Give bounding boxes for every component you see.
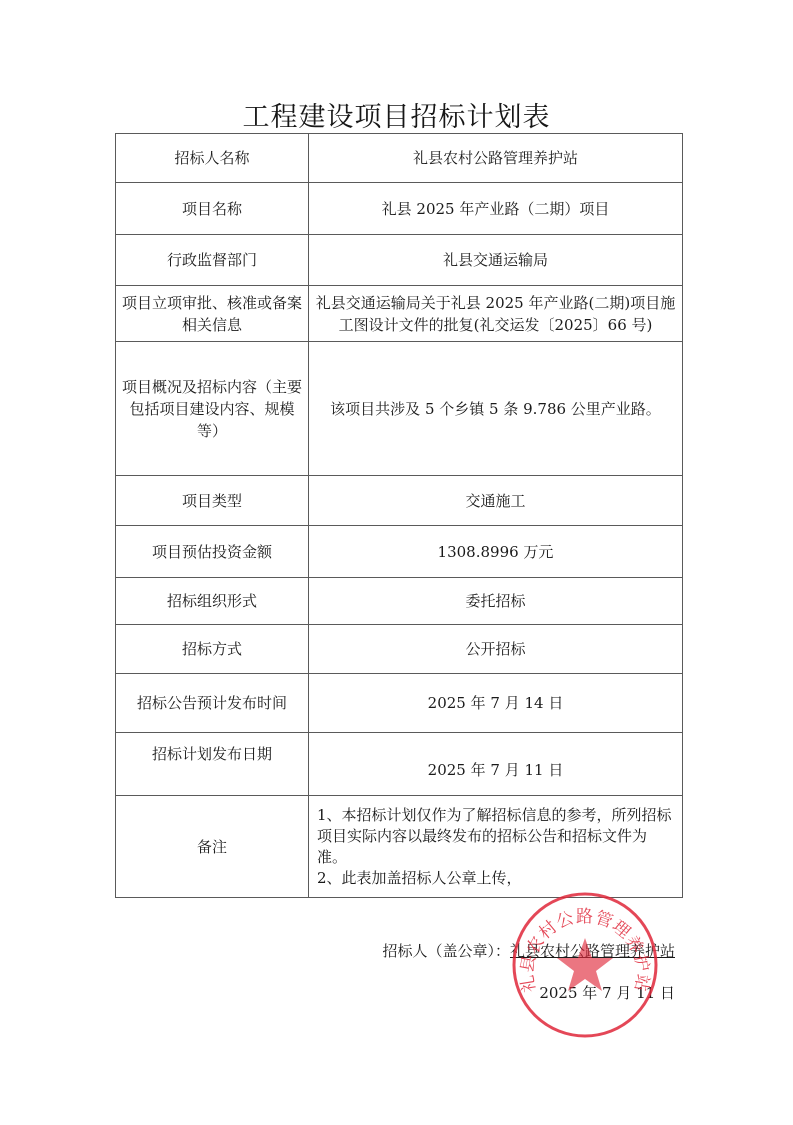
table-row: 招标公告预计发布时间2025 年 7 月 14 日	[116, 674, 683, 733]
signature-label: 招标人（盖公章）：	[382, 942, 510, 960]
row-label: 招标人名称	[116, 134, 309, 183]
tender-plan-table: 招标人名称礼县农村公路管理养护站项目名称礼县 2025 年产业路（二期）项目行政…	[115, 133, 683, 898]
signature-line: 招标人（盖公章）：礼县农村公路管理养护站	[382, 940, 675, 961]
row-label: 项目类型	[116, 476, 309, 526]
row-label: 招标公告预计发布时间	[116, 674, 309, 733]
table-row: 项目类型交通施工	[116, 476, 683, 526]
remarks-content: 1、本招标计划仅作为了解招标信息的参考，所列招标项目实际内容以最终发布的招标公告…	[309, 796, 683, 898]
table-row: 项目概况及招标内容（主要包括项目建设内容、规模等）该项目共涉及 5 个乡镇 5 …	[116, 342, 683, 476]
official-seal-stamp: 礼县农村公路管理养护站	[510, 890, 660, 1040]
row-value: 2025 年 7 月 11 日	[309, 733, 683, 796]
table-row: 招标组织形式委托招标	[116, 578, 683, 625]
signature-date: 2025 年 7 月 11 日	[539, 982, 675, 1003]
row-label: 招标方式	[116, 625, 309, 674]
row-value: 交通施工	[309, 476, 683, 526]
table-row: 项目立项审批、核准或备案相关信息礼县交通运输局关于礼县 2025 年产业路(二期…	[116, 286, 683, 342]
row-value: 2025 年 7 月 14 日	[309, 674, 683, 733]
row-label: 项目立项审批、核准或备案相关信息	[116, 286, 309, 342]
table-row: 招标人名称礼县农村公路管理养护站	[116, 134, 683, 183]
row-value: 礼县交通运输局	[309, 235, 683, 286]
remark-line: 1、本招标计划仅作为了解招标信息的参考，所列招标项目实际内容以最终发布的招标公告…	[317, 805, 676, 868]
row-value: 1308.8996 万元	[309, 526, 683, 578]
row-label: 招标组织形式	[116, 578, 309, 625]
row-label: 行政监督部门	[116, 235, 309, 286]
row-label: 招标计划发布日期	[116, 733, 309, 796]
remark-line: 2、此表加盖招标人公章上传，	[317, 868, 676, 889]
page-title: 工程建设项目招标计划表	[0, 95, 793, 134]
row-value: 委托招标	[309, 578, 683, 625]
table-row: 招标方式公开招标	[116, 625, 683, 674]
row-value: 该项目共涉及 5 个乡镇 5 条 9.786 公里产业路。	[309, 342, 683, 476]
row-value: 礼县农村公路管理养护站	[309, 134, 683, 183]
row-value: 礼县交通运输局关于礼县 2025 年产业路(二期)项目施工图设计文件的批复(礼交…	[309, 286, 683, 342]
table-row: 项目名称礼县 2025 年产业路（二期）项目	[116, 183, 683, 235]
remarks-row: 备注1、本招标计划仅作为了解招标信息的参考，所列招标项目实际内容以最终发布的招标…	[116, 796, 683, 898]
signature-org: 礼县农村公路管理养护站	[510, 942, 675, 960]
table-row: 行政监督部门礼县交通运输局	[116, 235, 683, 286]
remarks-label: 备注	[116, 796, 309, 898]
row-value: 礼县 2025 年产业路（二期）项目	[309, 183, 683, 235]
row-value: 公开招标	[309, 625, 683, 674]
table-row: 招标计划发布日期2025 年 7 月 11 日	[116, 733, 683, 796]
row-label: 项目预估投资金额	[116, 526, 309, 578]
table-row: 项目预估投资金额1308.8996 万元	[116, 526, 683, 578]
row-label: 项目名称	[116, 183, 309, 235]
row-label: 项目概况及招标内容（主要包括项目建设内容、规模等）	[116, 342, 309, 476]
